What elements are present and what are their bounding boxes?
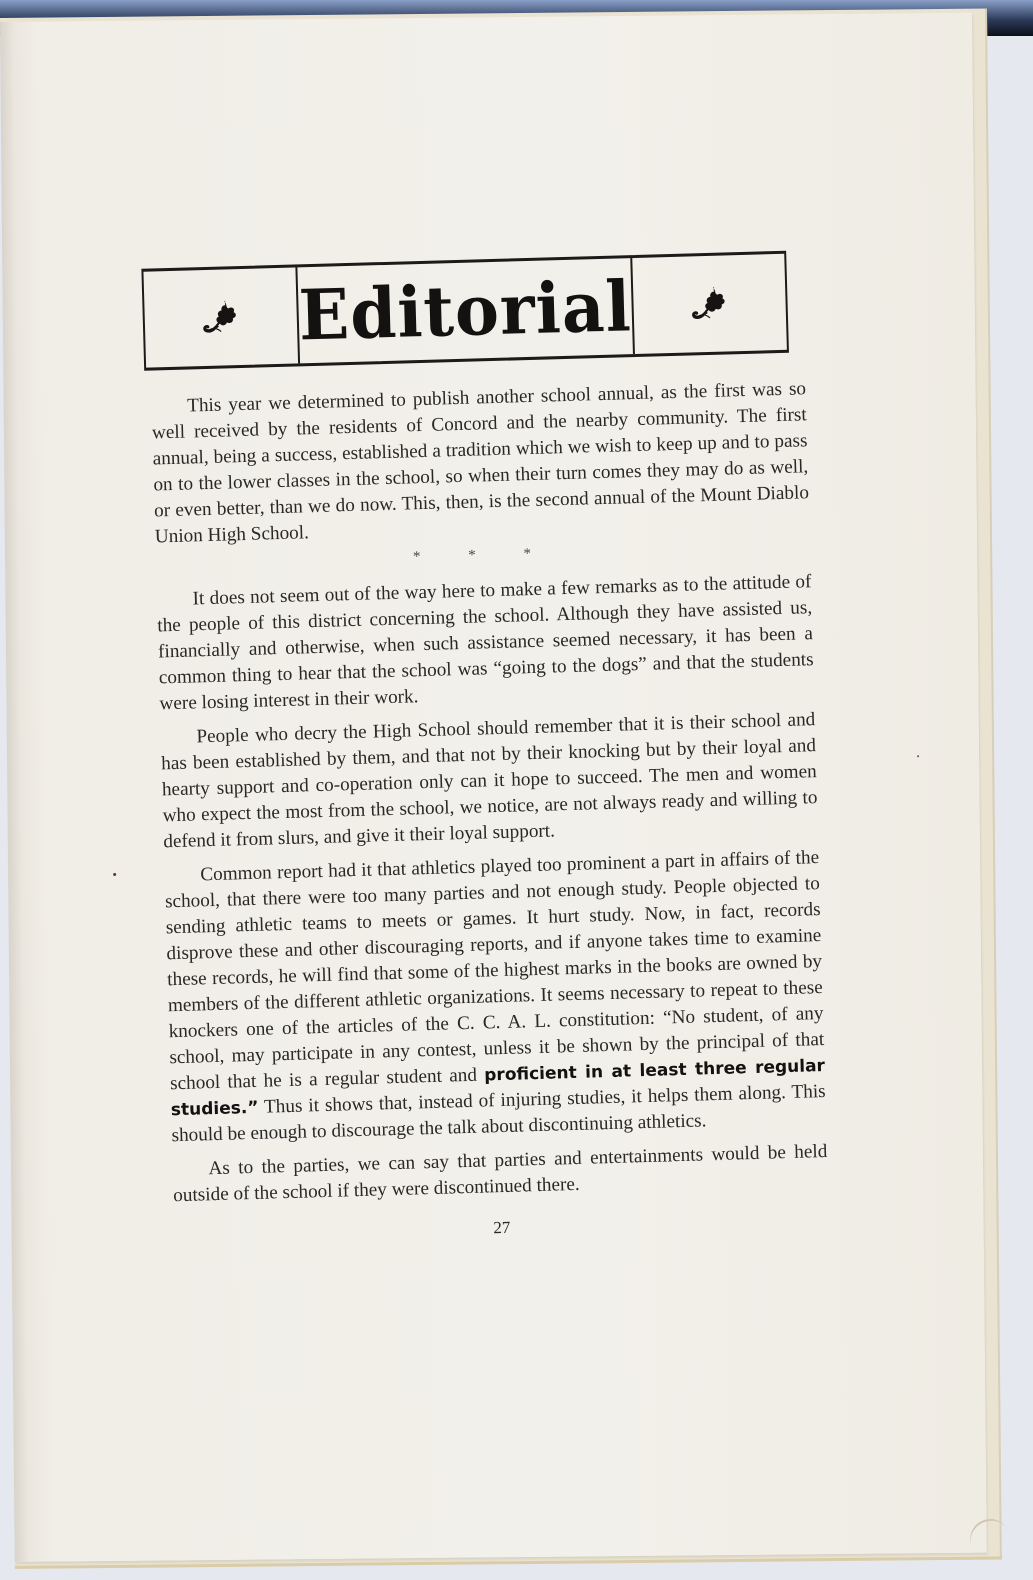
leaf-ornament-icon — [632, 254, 787, 354]
athletics-text: Common report had it that athletics play… — [165, 847, 825, 1094]
book-page: Editorial This year we determined to pub… — [0, 13, 987, 1562]
page-title: Editorial — [298, 265, 633, 356]
paragraph-athletics: Common report had it that athletics play… — [164, 845, 827, 1149]
paper-speck — [113, 873, 116, 876]
paragraph-intro: This year we determined to publish anoth… — [151, 376, 810, 550]
title-cell: Editorial — [296, 258, 635, 363]
leaf-ornament-icon — [143, 267, 298, 367]
paper-speck — [917, 755, 919, 757]
page-number: 27 — [174, 1209, 829, 1247]
title-banner: Editorial — [141, 251, 789, 371]
editorial-content: Editorial This year we determined to pub… — [147, 250, 829, 1247]
paragraph-decry: People who decry the High School should … — [160, 707, 818, 855]
paragraph-attitude: It does not seem out of the way here to … — [156, 569, 814, 717]
paragraph-parties: As to the parties, we can say that parti… — [172, 1139, 828, 1209]
